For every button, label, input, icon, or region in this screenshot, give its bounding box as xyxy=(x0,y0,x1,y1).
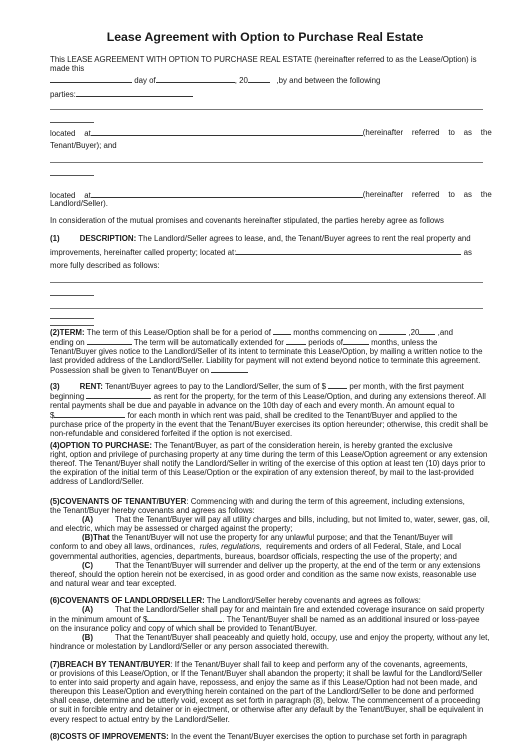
text-span: in the minimum amount of $ xyxy=(50,615,147,624)
section-3-line-3: rental payments shall be due and payable… xyxy=(50,401,490,410)
day-blank[interactable] xyxy=(50,75,132,83)
section-7-line-2: or provisions of this Lease/Option, or I… xyxy=(50,669,490,678)
section-8-heading: (8)COSTS OF IMPROVEMENTS: xyxy=(50,732,169,741)
description-line-2[interactable] xyxy=(50,308,483,309)
section-1-line-1: (1)DESCRIPTION: The Landlord/Seller agre… xyxy=(50,234,471,244)
landlord-located-line: located at (hereinafter referred to as t… xyxy=(50,190,483,201)
text-span: as rent for the property, for the term o… xyxy=(151,392,486,401)
text-span: (6)COVENANTS OF LANDLORD/SELLER: The Lan… xyxy=(50,596,490,605)
month-blank[interactable] xyxy=(156,75,235,83)
term-months-blank[interactable] xyxy=(273,327,291,335)
text-span: months commencing on xyxy=(291,328,379,337)
tenant-located-label: located at xyxy=(50,129,91,138)
ending-date-blank[interactable] xyxy=(87,337,132,345)
section-4-option: (4)OPTION TO PURCHASE: The Tenant/Buyer,… xyxy=(50,441,490,486)
text-span: (7)BREACH BY TENANT/BUYER: If the Tenant… xyxy=(50,660,490,669)
landlord-covenant-b-label: (B) xyxy=(82,633,93,642)
text-span: ending on The term will be automatically… xyxy=(50,337,490,347)
extension-periods-blank[interactable] xyxy=(286,337,306,345)
rent-credit-blank[interactable] xyxy=(54,410,125,418)
section-7-line-5: shall cease, determine and be utterly vo… xyxy=(50,696,490,705)
covenant-c-line-3: and natural wear and tear excepted. xyxy=(50,579,490,588)
text-span: beginning as rent for the property, for … xyxy=(50,391,490,401)
commence-year-blank[interactable] xyxy=(419,327,435,335)
section-7-line-7: every respect to actual entry by the Lan… xyxy=(50,715,490,724)
text-span: ,and xyxy=(435,328,453,337)
section-1-as: as xyxy=(464,248,472,257)
section-5-tenant-covenants: (5)COVENANTS OF TENANT/BUYER: Commencing… xyxy=(50,497,490,588)
text-span: The term will be automatically extended … xyxy=(132,338,286,347)
landlord-covenant-a-line-3: on the insurance policy and copy of whic… xyxy=(50,624,490,633)
covenant-c-label: (C) xyxy=(82,561,93,570)
tenant-address-blank[interactable] xyxy=(91,128,363,136)
section-3-rent: (3)RENT: Tenant/Buyer agrees to pay to t… xyxy=(50,381,490,439)
text-span: (B)That the Tenant/Buyer shall peaceably… xyxy=(50,633,490,642)
description-line-1[interactable] xyxy=(50,282,483,283)
consideration-text: In consideration of the mutual promises … xyxy=(50,216,444,226)
rent-amount-blank[interactable] xyxy=(328,381,347,389)
text-span: per month, with the first payment xyxy=(347,382,464,391)
text-span: conform to and obey all laws, ordinances… xyxy=(50,542,200,551)
text-span: That the Landlord/Seller shall pay for a… xyxy=(115,605,484,614)
landlord-hereinafter: (hereinafter referred to as the xyxy=(363,190,492,201)
landlord-address-blank[interactable] xyxy=(91,190,363,198)
text-span: (B)That the Tenant/Buyer will not use th… xyxy=(50,533,490,542)
text-span: beginning xyxy=(50,392,86,401)
section-2-line-4: last provided address of the Landlord/Se… xyxy=(50,356,490,365)
text-span: That the Tenant/Buyer shall peaceably an… xyxy=(115,633,490,642)
property-location-blank[interactable] xyxy=(236,247,461,255)
section-4-line-4: the expiration of the initial term of th… xyxy=(50,468,490,477)
section-1-text: The Landlord/Seller agrees to lease, and… xyxy=(136,234,470,243)
landlord-covenant-b-line-2: hindrance or molestation by Landlord/Sel… xyxy=(50,642,490,651)
text-span: That the Tenant/Buyer will pay all utili… xyxy=(115,515,490,524)
intro-line-2: made this xyxy=(50,64,84,74)
section-1-heading: DESCRIPTION: xyxy=(80,234,137,243)
section-6-heading: (6)COVENANTS OF LANDLORD/SELLER: xyxy=(50,596,205,605)
section-1-location-label: improvements, hereinafter called propert… xyxy=(50,248,236,257)
text-span: The Tenant/Buyer, as part of the conside… xyxy=(152,441,453,450)
section-2-term: (2)TERM: The term of this Lease/Option s… xyxy=(50,327,490,375)
text-span: Possession shall be given to Tenant/Buye… xyxy=(50,366,211,375)
covenant-b-line-3: governmental authorities, agencies, depa… xyxy=(50,552,490,561)
section-5-line-2: the Tenant/Buyer hereby covenants and ag… xyxy=(50,506,490,515)
insurance-amount-blank[interactable] xyxy=(147,614,222,622)
extension-months-blank[interactable] xyxy=(343,337,369,345)
commence-date-blank[interactable] xyxy=(379,327,406,335)
year-blank[interactable] xyxy=(248,75,270,83)
text-span: (8)COSTS OF IMPROVEMENTS: In the event t… xyxy=(50,732,490,741)
landlord-covenant-a-label: (A) xyxy=(82,605,93,614)
text-span: (C)That the Tenant/Buyer will surrender … xyxy=(50,561,490,570)
section-7-heading: (7)BREACH BY TENANT/BUYER xyxy=(50,660,170,669)
section-1-number: (1) xyxy=(50,234,60,243)
text-span: (3)RENT: Tenant/Buyer agrees to pay to t… xyxy=(50,381,490,391)
text-span: In the event the Tenant/Buyer exercises … xyxy=(169,732,467,741)
text-span: Possession shall be given to Tenant/Buye… xyxy=(50,365,490,375)
section-5-heading: (5)COVENANTS OF TENANT/BUYER xyxy=(50,497,186,506)
between-label: ,by and between the following xyxy=(276,76,380,85)
text-span: the Tenant/Buyer will not use the proper… xyxy=(110,533,453,542)
text-span: : If the Tenant/Buyer shall fail to keep… xyxy=(170,660,467,669)
tenant-name-line[interactable] xyxy=(50,109,483,110)
section-2-line-3: Tenant/Buyer gives notice to the Landlor… xyxy=(50,347,490,356)
description-line-2-short[interactable] xyxy=(50,318,94,319)
description-line-3-short[interactable] xyxy=(50,325,94,326)
text-span: (2)TERM: The term of this Lease/Option s… xyxy=(50,327,490,337)
text-span: rules, regulations, xyxy=(200,542,262,551)
text-span: The term of this Lease/Option shall be f… xyxy=(85,328,273,337)
covenant-b-label: (B)That xyxy=(82,533,110,542)
section-3-heading: RENT: xyxy=(80,382,103,391)
section-4-line-2: right, option and privilege of purchasin… xyxy=(50,450,490,459)
text-span: ,20 xyxy=(406,328,419,337)
text-span: Tenant/Buyer agrees to pay to the Landlo… xyxy=(103,382,328,391)
tenant-located-line: located at (hereinafter referred to as t… xyxy=(50,128,483,139)
section-3-line-6: non-refundable and considered forfeited … xyxy=(50,429,490,438)
section-4-heading: (4)OPTION TO PURCHASE: xyxy=(50,441,152,450)
text-span: (4)OPTION TO PURCHASE: The Tenant/Buyer,… xyxy=(50,441,490,450)
landlord-role: Landlord/Seller). xyxy=(50,199,108,209)
text-span: requirements and orders of all Federal, … xyxy=(262,542,461,551)
text-span: (A)That the Landlord/Seller shall pay fo… xyxy=(50,605,490,614)
section-3-number: (3) xyxy=(50,382,60,391)
text-span: . The Tenant/Buyer shall be named as an … xyxy=(222,615,479,624)
section-3-line-5: purchase price of the property in the ev… xyxy=(50,420,490,429)
section-4-line-3: thereof. The Tenant/Buyer shall notify t… xyxy=(50,459,490,468)
tenant-hereinafter: (hereinafter referred to as the xyxy=(363,128,492,139)
document-page: Lease Agreement with Option to Purchase … xyxy=(0,0,530,749)
year-prefix: , 20 xyxy=(235,76,248,85)
covenant-c-line-2: thereof, should the option herein not be… xyxy=(50,570,490,579)
parties-blank[interactable] xyxy=(76,89,193,97)
text-span: (5)COVENANTS OF TENANT/BUYER: Commencing… xyxy=(50,497,490,506)
section-7-line-4: thereupon this Lease/Option and everythi… xyxy=(50,687,490,696)
parties-line: parties: xyxy=(50,89,193,100)
text-span: ending on xyxy=(50,338,87,347)
text-span: periods of xyxy=(306,338,343,347)
section-8-improvements: (8)COSTS OF IMPROVEMENTS: In the event t… xyxy=(50,732,490,741)
text-span: That the Tenant/Buyer will surrender and… xyxy=(115,561,481,570)
section-7-line-3: to enter into said property and again ha… xyxy=(50,678,490,687)
landlord-name-line[interactable] xyxy=(50,162,483,163)
section-7-breach: (7)BREACH BY TENANT/BUYER: If the Tenant… xyxy=(50,660,490,724)
text-span: in the minimum amount of $. The Tenant/B… xyxy=(50,614,490,624)
section-1-line-3: more fully described as follows: xyxy=(50,261,160,271)
text-span: conform to and obey all laws, ordinances… xyxy=(50,542,490,551)
section-6-landlord-covenants: (6)COVENANTS OF LANDLORD/SELLER: The Lan… xyxy=(50,596,490,652)
text-span: for each month in which rent was paid, s… xyxy=(125,411,457,420)
section-7-line-6: or suit in forcible entry and detainer o… xyxy=(50,705,490,714)
section-4-line-5: address of Landlord/Seller. xyxy=(50,477,490,486)
text-span: The Landlord/Seller hereby covenants and… xyxy=(205,596,421,605)
section-1-line-2: improvements, hereinafter called propert… xyxy=(50,247,472,258)
tenant-name-line-short[interactable] xyxy=(50,122,94,123)
possession-date-blank[interactable] xyxy=(211,365,248,373)
document-title: Lease Agreement with Option to Purchase … xyxy=(0,30,530,44)
covenant-a-line-2: and electric, which may be assessed or c… xyxy=(50,524,490,533)
text-span: $ for each month in which rent was paid,… xyxy=(50,410,490,420)
landlord-name-line-short[interactable] xyxy=(50,175,94,176)
intro-line-1: This LEASE AGREEMENT WITH OPTION TO PURC… xyxy=(50,55,477,65)
text-span: (A)That the Tenant/Buyer will pay all ut… xyxy=(50,515,490,524)
description-line-1-short[interactable] xyxy=(50,295,94,296)
covenant-a-label: (A) xyxy=(82,515,93,524)
intro-date-line: day of, 20 ,by and between the following xyxy=(50,75,380,86)
parties-label: parties: xyxy=(50,90,76,99)
first-payment-date-blank[interactable] xyxy=(86,391,151,399)
text-span: : Commencing with and during the term of… xyxy=(186,497,465,506)
day-of-label: day of xyxy=(134,76,156,85)
text-span: months, unless the xyxy=(369,338,437,347)
tenant-role: Tenant/Buyer); and xyxy=(50,141,117,151)
section-2-heading: (2)TERM: xyxy=(50,328,85,337)
